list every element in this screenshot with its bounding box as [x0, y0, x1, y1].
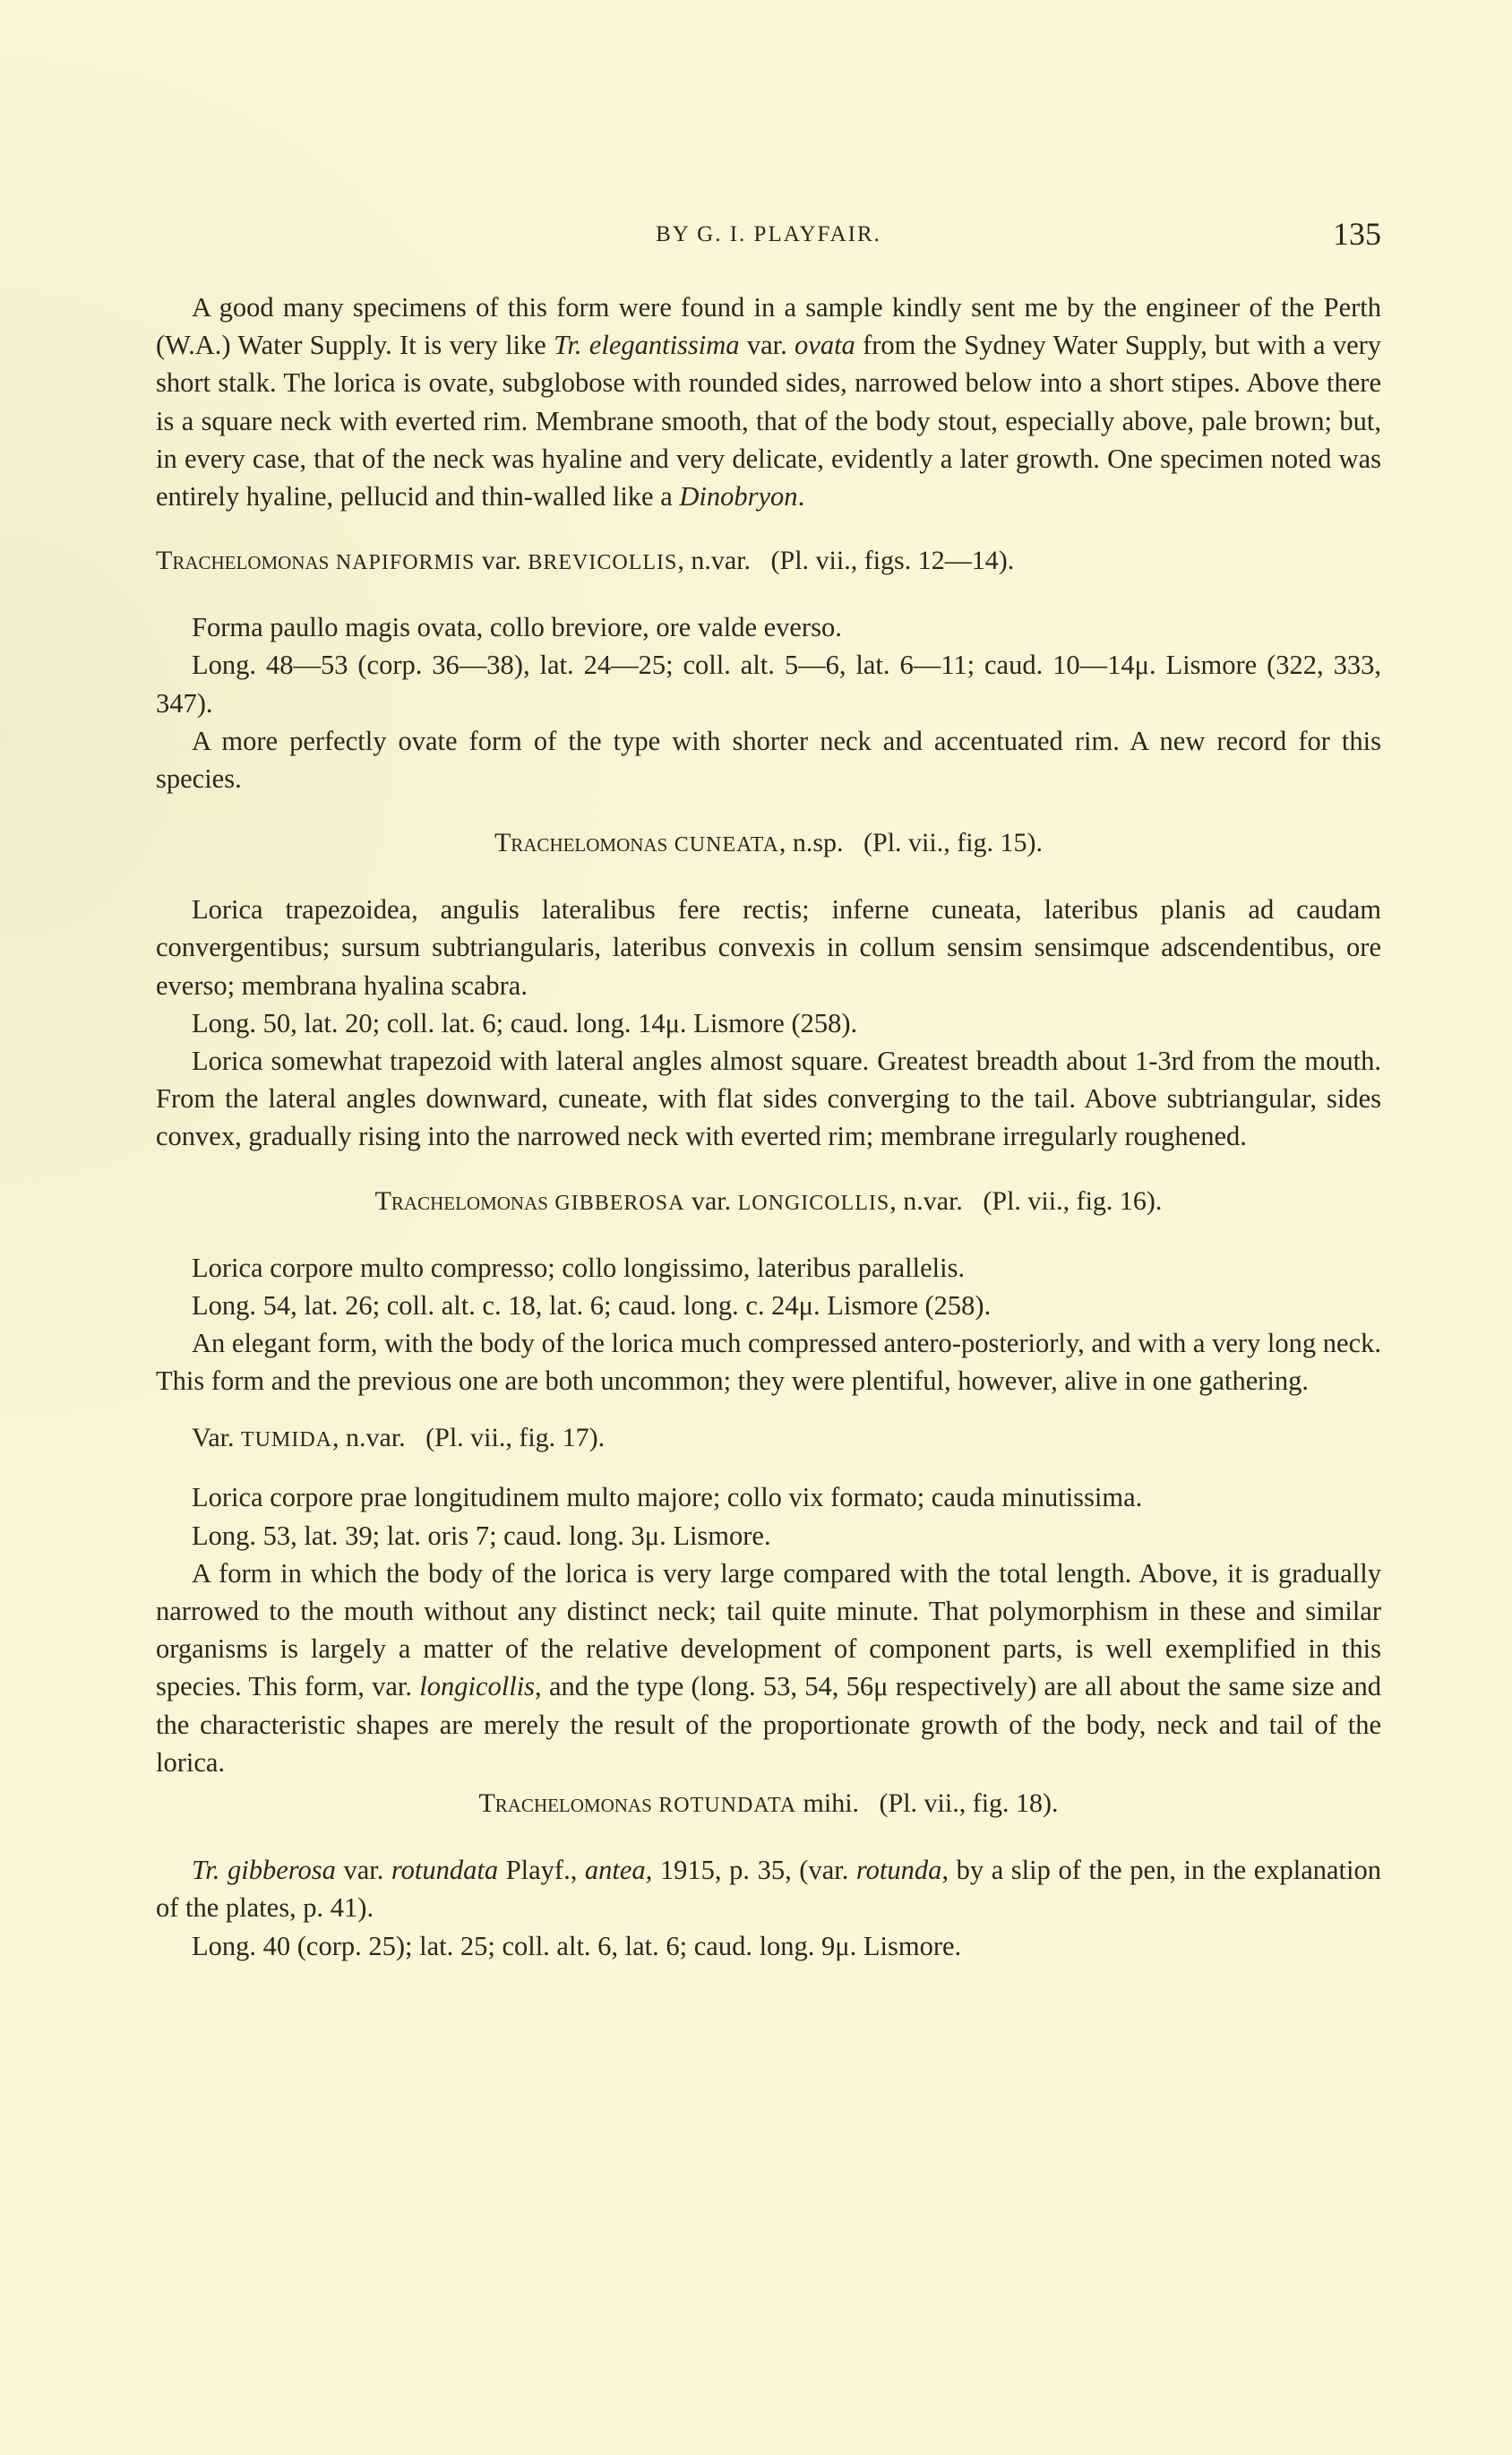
synonymy: Tr. gibberosa var. rotundata Playf., ant…: [156, 1851, 1381, 1926]
variety-name: brevicollis: [528, 551, 677, 574]
measurements: Long. 50, lat. 20; coll. lat. 6; caud. l…: [156, 1004, 1381, 1042]
plate-reference: (Pl. vii., figs. 12—14).: [771, 546, 1015, 575]
species-name: napiformis: [336, 551, 475, 574]
plate-reference: (Pl. vii., fig. 18).: [880, 1788, 1059, 1818]
taxon-name: ovata: [795, 330, 855, 360]
var-label: Var.: [192, 1423, 241, 1452]
taxon-status: , n.var.: [677, 546, 751, 575]
species-name: rotundata: [658, 1794, 796, 1817]
running-header: BY G. I. PLAYFAIR. 135: [156, 215, 1381, 254]
description: A form in which the body of the lorica i…: [156, 1555, 1381, 1781]
text-run: 1915, p. 35, (var.: [652, 1855, 856, 1885]
latin-diagnosis: Forma paullo magis ovata, collo breviore…: [156, 608, 1381, 646]
text-run: .: [798, 481, 805, 512]
body-text: A good many specimens of this form were …: [156, 289, 1381, 1965]
text-run: var.: [336, 1855, 391, 1885]
latin-diagnosis: Lorica corpore prae longitudinem multo m…: [156, 1478, 1381, 1516]
page-number: 135: [1333, 215, 1381, 253]
taxon-status: , n.var.: [332, 1423, 406, 1452]
description: An elegant form, with the body of the lo…: [156, 1324, 1381, 1400]
species-name: cuneata: [674, 833, 779, 857]
plate-reference: (Pl. vii., fig. 17).: [425, 1423, 605, 1452]
plate-reference: (Pl. vii., fig. 15).: [863, 828, 1043, 857]
measurements: Long. 40 (corp. 25); lat. 25; coll. alt.…: [156, 1927, 1381, 1965]
taxon-status: , n.var.: [889, 1186, 963, 1216]
taxon-name: rotundata: [391, 1855, 498, 1885]
measurements: Long. 53, lat. 39; lat. oris 7; caud. lo…: [156, 1517, 1381, 1555]
variety-heading-tumida: Var. tumida, n.var. (Pl. vii., fig. 17).: [156, 1419, 1381, 1459]
taxon-name: Tr. elegantissima: [554, 330, 739, 360]
var-label: var.: [684, 1186, 737, 1216]
species-heading-rotundata: Trachelomonas rotundata mihi. (Pl. vii.,…: [156, 1785, 1381, 1824]
genus-name: Trachelomonas: [478, 1788, 651, 1818]
var-label: var.: [475, 546, 528, 575]
taxon-name: Tr. gibberosa: [192, 1855, 336, 1885]
taxon-name: rotunda,: [856, 1855, 949, 1885]
taxon-status: , n.sp.: [779, 828, 844, 857]
latin-diagnosis: Lorica corpore multo compresso; collo lo…: [156, 1249, 1381, 1287]
variety-name: tumida: [241, 1428, 332, 1451]
author-line: BY G. I. PLAYFAIR.: [156, 222, 1381, 247]
intro-paragraph: A good many specimens of this form were …: [156, 289, 1381, 515]
genus-name: Trachelomonas: [375, 1186, 548, 1216]
plate-reference: (Pl. vii., fig. 16).: [983, 1186, 1162, 1216]
text-run: Playf.,: [498, 1855, 585, 1885]
species-heading-gibberosa: Trachelomonas gibberosa var. longicollis…: [156, 1183, 1381, 1222]
taxon-name: Dinobryon: [679, 481, 797, 512]
genus-name: Trachelomonas: [494, 828, 667, 857]
species-heading-cuneata: Trachelomonas cuneata, n.sp. (Pl. vii., …: [156, 824, 1381, 864]
description: A more perfectly ovate form of the type …: [156, 722, 1381, 797]
species-heading-napiformis: Trachelomonas napiformis var. brevicolli…: [156, 542, 1381, 581]
taxon-name: longicollis: [419, 1671, 535, 1701]
genus-name: Trachelomonas: [156, 546, 329, 575]
species-name: gibberosa: [554, 1192, 684, 1215]
variety-name: longicollis: [738, 1192, 890, 1215]
description: Lorica somewhat trapezoid with lateral a…: [156, 1042, 1381, 1156]
taxon-author: mihi.: [796, 1788, 859, 1818]
measurements: Long. 54, lat. 26; coll. alt. c. 18, lat…: [156, 1287, 1381, 1324]
text-run: var.: [740, 330, 795, 360]
citation-term: antea,: [585, 1855, 652, 1885]
measurements: Long. 48—53 (corp. 36—38), lat. 24—25; c…: [156, 646, 1381, 721]
latin-diagnosis: Lorica trapezoidea, angulis lateralibus …: [156, 891, 1381, 1004]
